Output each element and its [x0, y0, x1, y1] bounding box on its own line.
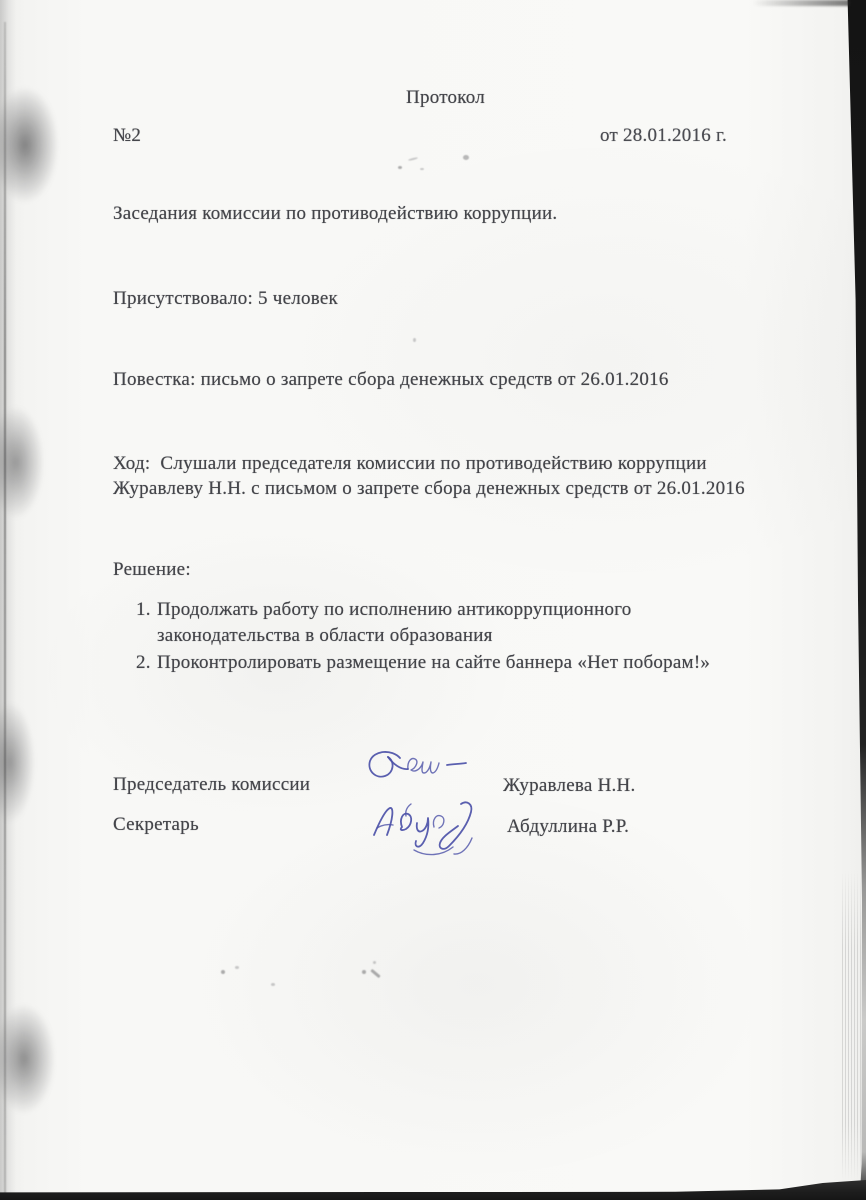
signature-role-chairman: Председатель комиссии [113, 775, 310, 794]
pencil-mark [271, 983, 275, 986]
scan-right-streaks [842, 870, 862, 1180]
pencil-mark [221, 970, 225, 974]
chairman-signature [362, 748, 474, 790]
page-title: Протокол [406, 88, 485, 107]
signature-name-chairman: Журавлева Н.Н. [503, 776, 636, 795]
subject-line: Заседания комиссии по противодействию ко… [113, 204, 557, 223]
decision-heading: Решение: [113, 560, 191, 579]
pencil-mark [373, 961, 376, 964]
proceedings-line-1: Ход: Слушали председателя комиссии по пр… [113, 454, 707, 473]
scan-smudge [0, 988, 64, 1130]
signature-role-secretary: Секретарь [113, 815, 199, 834]
pencil-mark [370, 969, 380, 978]
scan-top-smear [752, 0, 850, 6]
scan-smudge [0, 390, 52, 535]
proceedings-line-2: Журавлеву Н.Н. с письмом о запрете сбора… [113, 479, 745, 498]
scan-bottom-bar [0, 1180, 866, 1200]
pencil-mark [235, 966, 239, 969]
agenda-line: Повестка: письмо о запрете сбора денежны… [113, 370, 669, 389]
pencil-mark [398, 166, 402, 169]
decision-1-number: 1. [136, 600, 151, 619]
protocol-number: №2 [113, 126, 141, 145]
scanned-document-page: Протокол №2 от 28.01.2016 г. Заседания к… [0, 0, 866, 1200]
scan-smudge [0, 685, 42, 840]
decision-1-line-2: законодательства в области образования [157, 626, 493, 645]
decision-2-number: 2. [136, 653, 151, 672]
pencil-mark [413, 338, 416, 342]
pencil-mark [420, 168, 424, 170]
signature-name-secretary: Абдуллина Р.Р. [507, 817, 629, 836]
pencil-mark [408, 157, 418, 161]
decision-2-line-1: Проконтролировать размещение на сайте ба… [157, 653, 710, 672]
attendance-line: Присутствовало: 5 человек [113, 289, 338, 308]
protocol-date: от 28.01.2016 г. [600, 126, 727, 145]
pencil-mark [362, 970, 366, 974]
pencil-mark [463, 155, 469, 160]
scan-smudge [0, 70, 68, 220]
secretary-signature [368, 797, 486, 859]
decision-1-line-1: Продолжать работу по исполнению антикорр… [157, 600, 632, 619]
